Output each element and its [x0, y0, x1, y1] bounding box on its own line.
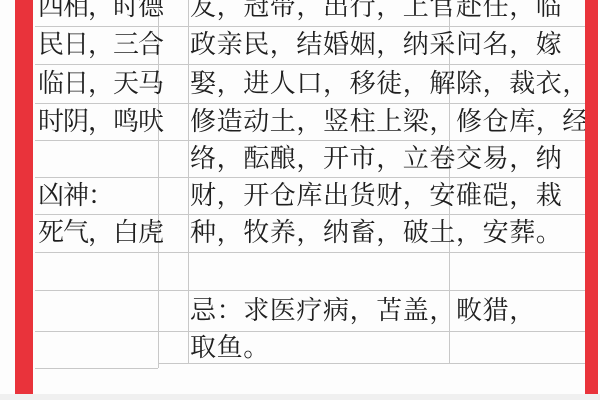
right-cell-row-6: 财，开仓库出货财，安碓硙，栽 [190, 177, 562, 214]
right-cell-row-4: 修造动土，竖柱上梁，修仓库，经 [190, 103, 589, 140]
right-cell-row-10: 取鱼。 [190, 331, 270, 364]
almanac-page: 四相，时德 民日，三合 临日，天马 时阴，鸣吠 凶神： 死气，白虎 友，冠带，出… [0, 0, 600, 400]
bottom-edge-band [0, 394, 600, 400]
right-red-border-bar [585, 0, 598, 394]
left-cell-row-4: 时阴，鸣吠 [38, 103, 163, 140]
right-cell-row-3: 娶，进人口，移徒，解除，裁衣， [190, 64, 589, 103]
left-cell-row-6: 凶神： [38, 177, 113, 214]
grid-vline-2 [188, 0, 189, 363]
left-cell-row-2: 民日，三合 [38, 26, 163, 64]
grid-hline-9 [35, 331, 585, 332]
left-red-border-bar [15, 0, 33, 394]
left-cell-row-7: 死气，白虎 [38, 214, 163, 252]
left-cell-row-1: 四相，时德 [38, 0, 163, 26]
right-cell-row-9: 忌：求医疗病，苫盖，畋猎， [190, 290, 536, 331]
right-cell-row-2: 政亲民，结婚姻，纳采问名，嫁 [190, 26, 562, 64]
right-cell-row-7: 种，牧养，纳畜，破土，安葬。 [190, 214, 562, 252]
right-cell-row-5: 络，酝酿，开市，立卷交易，纳 [190, 140, 562, 177]
right-cell-row-1: 友，冠带，出行，上官赴任，临 [190, 0, 562, 26]
grid-hline-7 [35, 252, 585, 253]
grid-hline-11 [35, 368, 158, 369]
left-cell-row-3: 临日，天马 [38, 64, 163, 103]
